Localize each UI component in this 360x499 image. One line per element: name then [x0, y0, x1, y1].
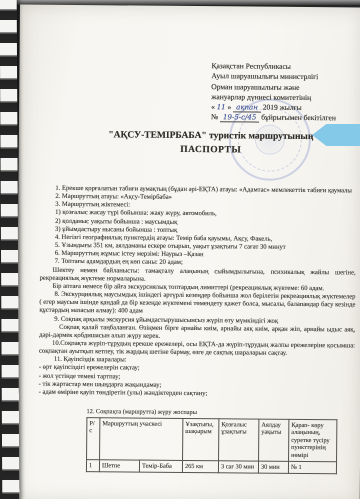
- table-caption: 12. Соқпақта (маршрутта) жүру жоспары: [86, 408, 340, 418]
- cell-section-to: Темір-Баба: [139, 460, 182, 472]
- title-line-2: ПАСПОРТЫ: [59, 144, 360, 157]
- number-sign: №: [211, 113, 218, 122]
- cell-number: 1: [86, 460, 99, 472]
- document-body: 1. Ерекше қорғалатын табиғи аумақтың (бұ…: [39, 185, 357, 400]
- col-header-section: Маршруттың учаскесі: [100, 418, 183, 461]
- year-text: 2019 жылғы: [263, 103, 302, 112]
- cell-section-from: Шетпе: [99, 460, 139, 472]
- col-header-number: Р/с: [87, 418, 100, 460]
- paper-sheet: Қазақстан Республикасы Ауыл шаруашылығы …: [16, 4, 360, 499]
- route-plan-section: 12. Соқпақта (маршрутта) жүру жоспары Р/…: [86, 408, 341, 474]
- comb-binding-strip: [0, 0, 19, 499]
- cell-length: 265 км: [182, 460, 218, 472]
- route-plan-table: Р/с Маршруттың учаскесі Ұзақтығы, шақыры…: [86, 417, 337, 474]
- col-header-point: Қарап- көру алаңының, суретке түсіру пун…: [289, 419, 337, 461]
- cell-point: № 1: [288, 461, 336, 473]
- body-paragraph: 8. Экскурциялық маусымдық ішіндегі әртүр…: [39, 291, 355, 318]
- handwritten-order-number: 19-5-с/45: [220, 114, 259, 123]
- approval-order-line: № 19-5-с/45 бұйрығымен бекітілген: [211, 113, 360, 125]
- handwritten-day: 11: [217, 103, 226, 111]
- header-line: Ауыл шаруашылығы министрлігі: [211, 71, 360, 83]
- table-row: 1 Шетпе Темір-Баба 265 км 3 сағ 30 мин 3…: [86, 460, 336, 474]
- col-header-movement: Қозғалыс ұзақтығы: [219, 419, 259, 461]
- table-header-row: Р/с Маршруттың учаскесі Ұзақтығы, шақыры…: [87, 418, 337, 462]
- col-header-length: Ұзақтығы, шақырым: [183, 419, 219, 461]
- cell-movement: 3 сағ 30 мин: [218, 461, 258, 473]
- scanned-document-page: Қазақстан Республикасы Ауыл шаруашылығы …: [0, 0, 360, 499]
- handwritten-month: ақпан: [233, 104, 261, 113]
- cell-stop: 30 мин: [258, 461, 288, 473]
- approval-header: Қазақстан Республикасы Ауыл шаруашылығы …: [211, 61, 360, 124]
- quote-close: »: [228, 103, 232, 112]
- body-paragraph: - адам өміріне қауіп төндіретін (улы) жә…: [39, 389, 355, 400]
- order-suffix: бұйрығымен бекітілген: [261, 113, 336, 123]
- col-header-stop: Аялдау уақыты: [259, 419, 289, 461]
- quote-open: «: [211, 102, 215, 111]
